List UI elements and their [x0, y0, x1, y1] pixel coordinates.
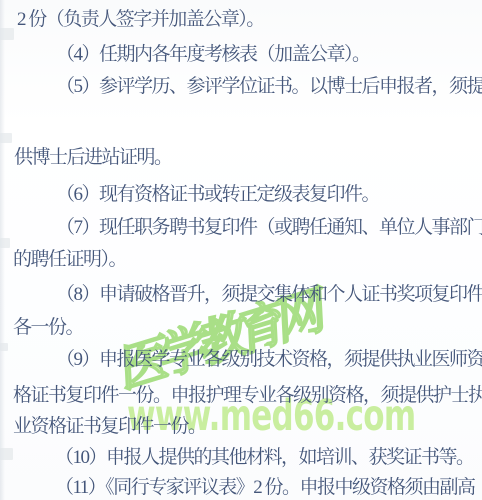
scan-artifact — [0, 238, 10, 248]
document-line: （6）现有资格证书或转正定级表复印件。 — [56, 184, 379, 205]
document-line: 各一份。 — [13, 317, 83, 338]
scan-artifact — [0, 448, 13, 460]
document-line: 供博士后进站证明。 — [14, 147, 172, 168]
scanned-document-page: 医学教育网 www.med66.com 2 份（负责人签字并加盖公章）。 （4）… — [0, 0, 482, 500]
document-line: （5）参评学历、参评学位证书。以博士后申报者，须提 — [56, 76, 482, 97]
document-line: 的聘任证明）。 — [13, 249, 126, 270]
document-line: 业资格证书复印件一份。 — [13, 416, 206, 437]
scan-artifact — [0, 28, 14, 40]
document-line: 格证书复印件一份。申报护理专业各级别资格，须提供护士执 — [13, 385, 482, 406]
scan-edge-shadow — [0, 0, 5, 500]
document-line: （10）申报人提供的其他材料，如培训、获奖证书等。 — [55, 447, 474, 468]
scan-artifact — [0, 133, 12, 143]
document-line: （8）申请破格晋升，须提交集体和个人证书奖项复印件 — [56, 284, 482, 305]
document-line: （11）《同行专家评议表》2 份。申报中级资格须由副高 — [55, 477, 475, 498]
document-line: 2 份（负责人签字并加盖公章）。 — [17, 9, 264, 30]
document-line: （7）现任职务聘书复印件（或聘任通知、单位人事部门 — [56, 217, 482, 238]
document-line: （4）任期内各年度考核表（加盖公章）。 — [56, 44, 370, 65]
document-line: （9）申报医学专业各级别技术资格，须提供执业医师资 — [56, 349, 482, 370]
scan-artifact — [0, 343, 8, 351]
